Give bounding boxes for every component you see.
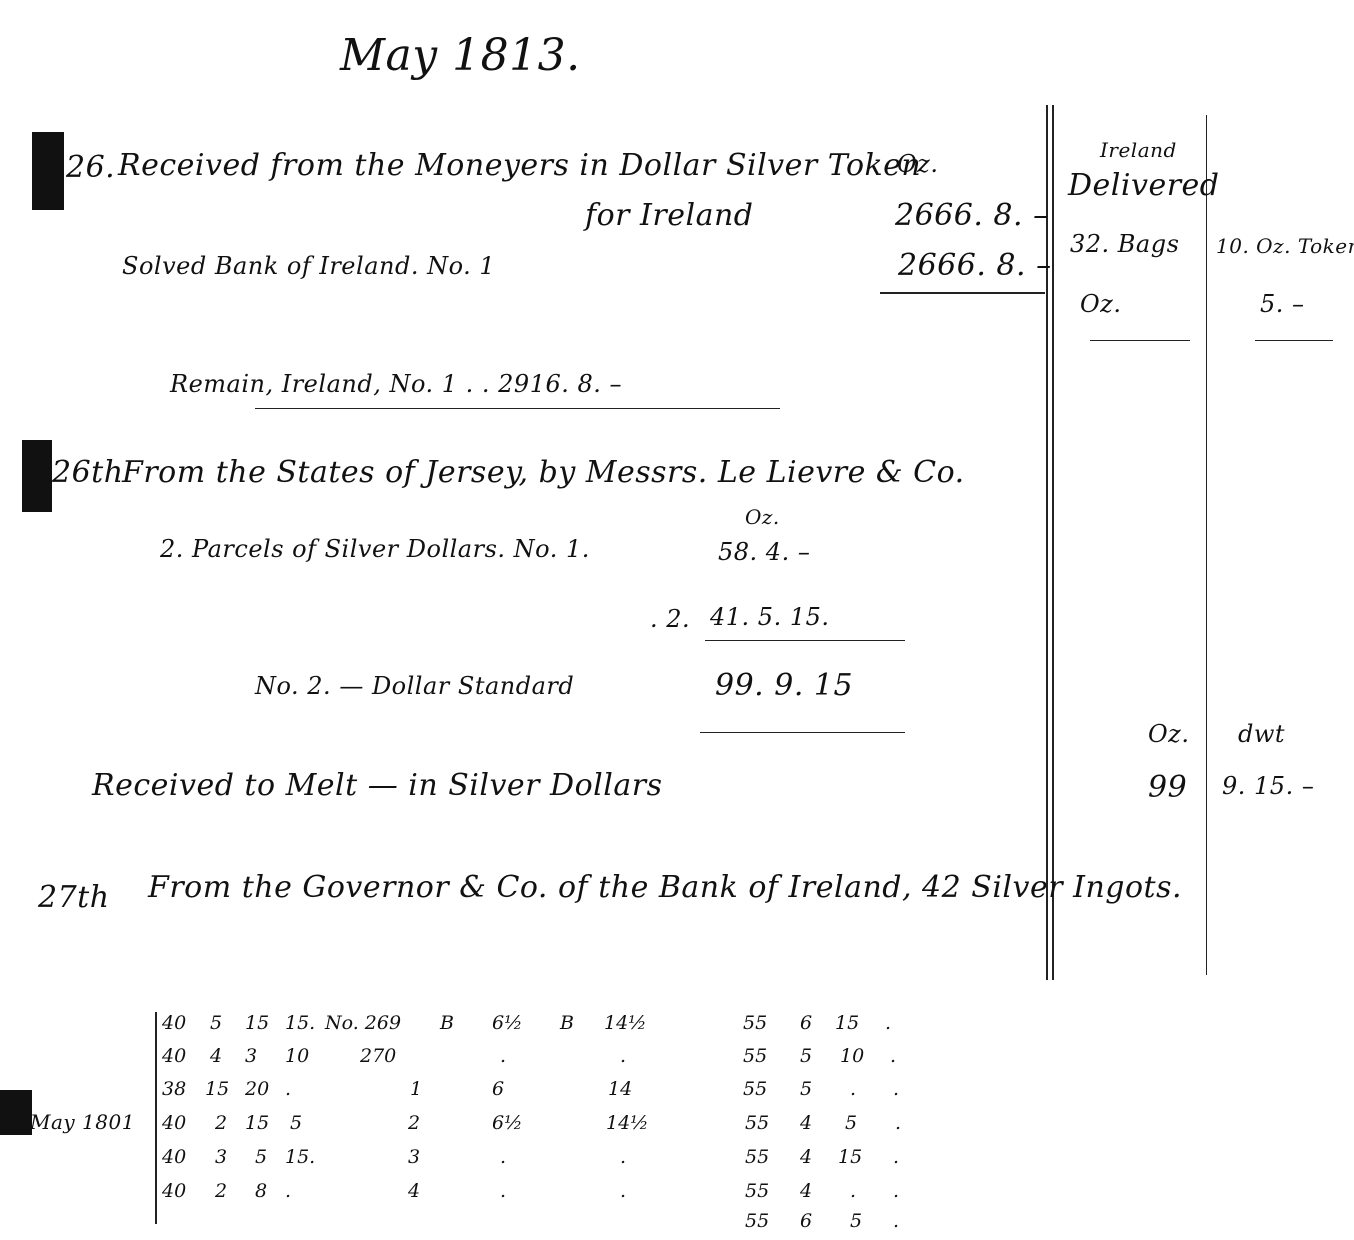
melt-dwt: 9. 15. – [1222,772,1314,800]
remain-rule [255,408,780,409]
cell: 10 [840,1045,864,1067]
cell: 5 [210,1012,222,1034]
entry-2-parcel-2-amount: 41. 5. 15. [710,603,830,631]
cell: 40 [162,1045,186,1067]
cell: 40 [162,1012,186,1034]
cell: . [893,1078,899,1100]
entry-2-standard-amount: 99. 9. 15 [715,668,853,703]
ink-blot [0,1090,32,1135]
entry-1-date: 26. [66,150,115,185]
entry-2-line1: From the States of Jersey, by Messrs. Le… [122,455,965,490]
cell: 5 [255,1146,267,1168]
cell: 6½ [492,1112,523,1134]
cell: 2 [408,1112,420,1134]
entry-3-line1: From the Governor & Co. of the Bank of I… [148,870,1182,905]
cell: B [440,1012,454,1034]
entry-2-parcel-label: 2. Parcels of Silver Dollars. No. 1. [160,535,590,563]
cell: 55 [743,1012,767,1034]
delivered-bags: 32. Bags [1070,230,1179,258]
cell: . [893,1146,899,1168]
parcel-rule [705,640,905,641]
entry-1-oz-header: Oz. [897,150,938,178]
delivered-token: 10. Oz. Token [1216,234,1354,258]
cell: 5 [845,1112,857,1134]
cell: 6 [800,1210,812,1232]
entry-1-line2-amount: 2666. 8. – [895,198,1049,233]
entry-2-parcel-1-amount: 58. 4. – [718,538,810,566]
cell: . [895,1112,901,1134]
entry-2-parcel-2-label: . 2. [650,605,690,633]
delivered-rule-2 [1255,340,1333,341]
cell: 55 [745,1146,769,1168]
cell: . [500,1045,506,1067]
cell: 55 [743,1078,767,1100]
delivered-oz-label: Oz. [1080,290,1121,318]
cell: 5 [850,1210,862,1232]
cell: 55 [745,1180,769,1202]
cell: 15. [285,1146,315,1168]
cell: 15. [285,1012,315,1034]
entry-1-line1: Received from the Moneyers in Dollar Sil… [118,148,921,183]
cell: . [850,1180,856,1202]
ingots-label: May 1801 [30,1110,135,1134]
cell: 4 [800,1180,812,1202]
cell: 14½ [604,1012,647,1034]
cell: 55 [743,1045,767,1067]
cell: 15 [205,1078,229,1100]
cell: 10 [285,1045,309,1067]
melt-oz-header: Oz. [1148,720,1189,748]
cell: 55 [745,1210,769,1232]
cell: 4 [800,1146,812,1168]
cell: . [285,1180,291,1202]
cell: 3 [408,1146,420,1168]
cell: 5 [800,1078,812,1100]
ingots-brace [155,1012,157,1224]
cell: 2 [215,1180,227,1202]
cell: 270 [360,1045,396,1067]
cell: 3 [245,1045,257,1067]
entry-2-date: 26th [52,455,124,490]
cell: . [620,1146,626,1168]
cell: 55 [745,1112,769,1134]
ink-blot [32,132,64,210]
cell: 15 [245,1012,269,1034]
cell: 4 [210,1045,222,1067]
cell: 14½ [606,1112,649,1134]
cell: 38 [162,1078,186,1100]
cell: 40 [162,1146,186,1168]
cell: 15 [838,1146,862,1168]
cell: . [890,1045,896,1067]
cell: . [500,1180,506,1202]
page-title: May 1813. [340,30,581,81]
cell: 6½ [492,1012,523,1034]
delivered-rule-1 [1090,340,1190,341]
cell: 40 [162,1112,186,1134]
cell: No. 269 [325,1012,401,1034]
entry-1-line2: for Ireland [585,198,754,233]
cell: 1 [410,1078,422,1100]
cell: 2 [215,1112,227,1134]
cell: 4 [408,1180,420,1202]
entry-1-line3: Solved Bank of Ireland. No. 1 [122,252,495,280]
cell: 15 [245,1112,269,1134]
ink-blot [22,440,52,512]
cell: 20 [245,1078,269,1100]
cell: 6 [492,1078,504,1100]
entry-3-date: 27th [38,880,110,915]
cell: . [893,1210,899,1232]
column-rule-double-left [1046,105,1048,980]
entry-2-standard-label: No. 2. — Dollar Standard [255,672,574,700]
delivered-value: 5. – [1260,290,1305,318]
right-header: Delivered [1068,168,1220,203]
entry-2-oz-label: Oz. [745,505,780,529]
column-rule-right [1206,115,1207,975]
cell: . [885,1012,891,1034]
cell: . [620,1045,626,1067]
entry-2-melt-label: Received to Melt — in Silver Dollars [92,768,662,803]
entry-1-line3-amount: 2666. 8. – [898,248,1052,283]
cell: 3 [215,1146,227,1168]
column-rule-double-right [1052,105,1054,980]
cell: . [285,1078,291,1100]
melt-dwt-header: dwt [1238,720,1285,748]
cell: 8 [255,1180,267,1202]
entry-1-remain: Remain, Ireland, No. 1 . . 2916. 8. – [170,370,622,398]
cell: 5 [290,1112,302,1134]
cell: . [620,1180,626,1202]
right-header-top: Ireland [1100,138,1177,162]
cell: 14 [608,1078,632,1100]
cell: 15 [835,1012,859,1034]
cell: 40 [162,1180,186,1202]
cell: B [560,1012,574,1034]
cell: . [893,1180,899,1202]
cell: 4 [800,1112,812,1134]
cell: 6 [800,1012,812,1034]
cell: . [500,1146,506,1168]
standard-rule [700,732,905,733]
cell: . [850,1078,856,1100]
melt-oz: 99 [1148,770,1187,805]
cell: 5 [800,1045,812,1067]
total-rule [880,292,1045,294]
